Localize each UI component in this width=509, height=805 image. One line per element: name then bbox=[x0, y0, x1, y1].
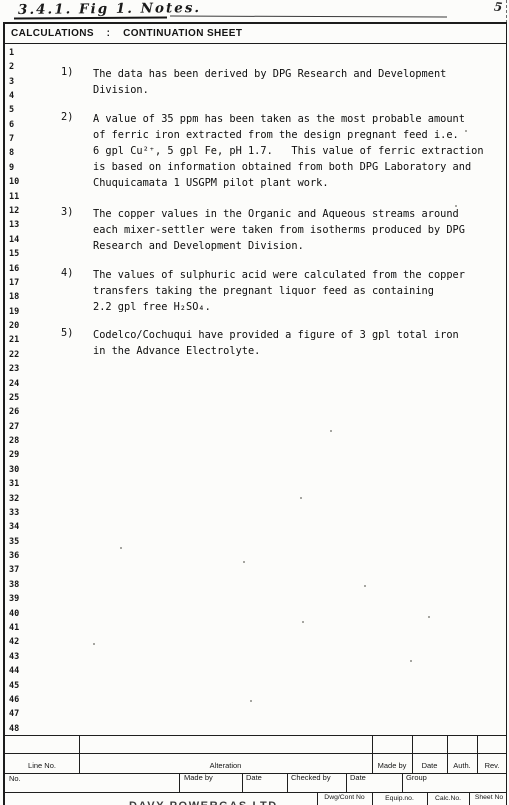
note: 1)The data has been derived by DPG Resea… bbox=[61, 66, 491, 98]
line-number: 37 bbox=[9, 565, 19, 575]
scan-noise-speck bbox=[302, 621, 304, 623]
scan-noise-speck bbox=[120, 547, 122, 549]
continuation-sheet: CALCULATIONS : CONTINUATION SHEET 123456… bbox=[3, 22, 507, 805]
divider bbox=[242, 773, 243, 793]
checked-by-field-label: Checked by bbox=[291, 773, 331, 782]
line-number: 31 bbox=[9, 479, 19, 489]
line-number: 14 bbox=[9, 235, 19, 245]
date-field-label: Date bbox=[246, 773, 262, 782]
divider bbox=[5, 753, 506, 754]
ruled-line bbox=[170, 16, 447, 18]
date-column-label: Date bbox=[412, 761, 447, 770]
line-number: 19 bbox=[9, 307, 19, 317]
note-number: 3) bbox=[61, 206, 73, 218]
line-number: 40 bbox=[9, 609, 19, 619]
sheet-no-label: Sheet No bbox=[469, 794, 507, 801]
line-number: 45 bbox=[9, 681, 19, 691]
note: 2)A value of 35 ppm has been taken as th… bbox=[61, 111, 491, 192]
divider bbox=[346, 773, 347, 793]
note-lines: The data has been derived by DPG Researc… bbox=[93, 66, 491, 98]
line-number: 5 bbox=[9, 105, 14, 115]
scan-noise-speck bbox=[330, 430, 332, 432]
line-number: 35 bbox=[9, 537, 19, 547]
line-number: 38 bbox=[9, 580, 19, 590]
handwritten-underline bbox=[14, 16, 167, 19]
note-lines: Codelco/Cochuqui have provided a figure … bbox=[93, 327, 491, 359]
line-number: 26 bbox=[9, 407, 19, 417]
scan-noise-speck bbox=[428, 616, 430, 618]
note-lines: The values of sulphuric acid were calcul… bbox=[93, 267, 491, 316]
line-number: 2 bbox=[9, 62, 14, 72]
line-number: 10 bbox=[9, 177, 19, 187]
sheet-header-title: CALCULATIONS : CONTINUATION SHEET bbox=[5, 24, 506, 44]
scan-noise-speck bbox=[250, 700, 252, 702]
line-no-column-label: Line No. bbox=[5, 761, 79, 770]
line-number: 33 bbox=[9, 508, 19, 518]
line-number: 23 bbox=[9, 364, 19, 374]
scan-noise-speck bbox=[465, 130, 467, 132]
line-number: 21 bbox=[9, 335, 19, 345]
line-number: 8 bbox=[9, 148, 14, 158]
made-by-field-label: Made by bbox=[184, 773, 213, 782]
line-number: 47 bbox=[9, 709, 19, 719]
divider bbox=[402, 773, 403, 793]
note-lines: The copper values in the Organic and Aqu… bbox=[93, 206, 491, 255]
line-number: 12 bbox=[9, 206, 19, 216]
scanned-document-page: { "page": { "handwritten_title": "3.4.1.… bbox=[0, 0, 509, 805]
line-number: 29 bbox=[9, 450, 19, 460]
line-number: 25 bbox=[9, 393, 19, 403]
scan-noise-speck bbox=[364, 585, 366, 587]
line-number: 39 bbox=[9, 594, 19, 604]
line-number: 15 bbox=[9, 249, 19, 259]
line-number: 17 bbox=[9, 278, 19, 288]
divider bbox=[5, 792, 506, 793]
note: 5)Codelco/Cochuqui have provided a figur… bbox=[61, 327, 491, 359]
line-number: 11 bbox=[9, 192, 19, 202]
line-number: 28 bbox=[9, 436, 19, 446]
line-number: 36 bbox=[9, 551, 19, 561]
line-number: 34 bbox=[9, 522, 19, 532]
line-number: 6 bbox=[9, 120, 14, 130]
alteration-column-label: Alteration bbox=[79, 761, 372, 770]
note-number: 1) bbox=[61, 66, 73, 78]
line-number: 32 bbox=[9, 494, 19, 504]
auth-column-label: Auth. bbox=[447, 761, 477, 770]
scan-noise-speck bbox=[243, 561, 245, 563]
note: 4)The values of sulphuric acid were calc… bbox=[61, 267, 491, 316]
rev-column-label: Rev. bbox=[477, 761, 507, 770]
line-number: 18 bbox=[9, 292, 19, 302]
line-number: 44 bbox=[9, 666, 19, 676]
calc-no-label: Calc.No. bbox=[427, 795, 469, 802]
divider bbox=[287, 773, 288, 793]
date2-field-label: Date bbox=[350, 773, 366, 782]
line-number: 48 bbox=[9, 724, 19, 734]
line-number: 16 bbox=[9, 264, 19, 274]
line-number: 1 bbox=[9, 48, 14, 58]
scan-noise-speck bbox=[93, 643, 95, 645]
line-number: 46 bbox=[9, 695, 19, 705]
line-number: 20 bbox=[9, 321, 19, 331]
no-field-label: No. bbox=[9, 774, 21, 783]
line-number: 7 bbox=[9, 134, 14, 144]
made-by-column-label: Made by bbox=[372, 761, 412, 770]
scan-noise-speck bbox=[300, 497, 302, 499]
line-number: 9 bbox=[9, 163, 14, 173]
dwg-cont-no-label: Dwg/Cont No bbox=[317, 794, 372, 801]
group-field-label: Group bbox=[406, 773, 427, 782]
line-number: 27 bbox=[9, 422, 19, 432]
note-lines: A value of 35 ppm has been taken as the … bbox=[93, 111, 491, 192]
line-number: 30 bbox=[9, 465, 19, 475]
note-number: 2) bbox=[61, 111, 73, 123]
equip-no-label: Equip.no. bbox=[372, 795, 427, 802]
divider bbox=[5, 735, 506, 736]
line-number: 41 bbox=[9, 623, 19, 633]
divider bbox=[179, 773, 180, 793]
line-number: 42 bbox=[9, 637, 19, 647]
scan-noise-speck bbox=[455, 205, 457, 207]
line-number: 24 bbox=[9, 379, 19, 389]
company-name: DAVY POWERGAS LTD bbox=[129, 800, 278, 805]
line-number: 13 bbox=[9, 220, 19, 230]
note-number: 4) bbox=[61, 267, 73, 279]
handwritten-page-number: 5 bbox=[493, 0, 503, 14]
line-number: 4 bbox=[9, 91, 14, 101]
scan-noise-speck bbox=[410, 660, 412, 662]
line-number: 22 bbox=[9, 350, 19, 360]
line-number: 3 bbox=[9, 77, 14, 87]
note: 3)The copper values in the Organic and A… bbox=[61, 206, 491, 255]
line-number: 43 bbox=[9, 652, 19, 662]
note-number: 5) bbox=[61, 327, 73, 339]
